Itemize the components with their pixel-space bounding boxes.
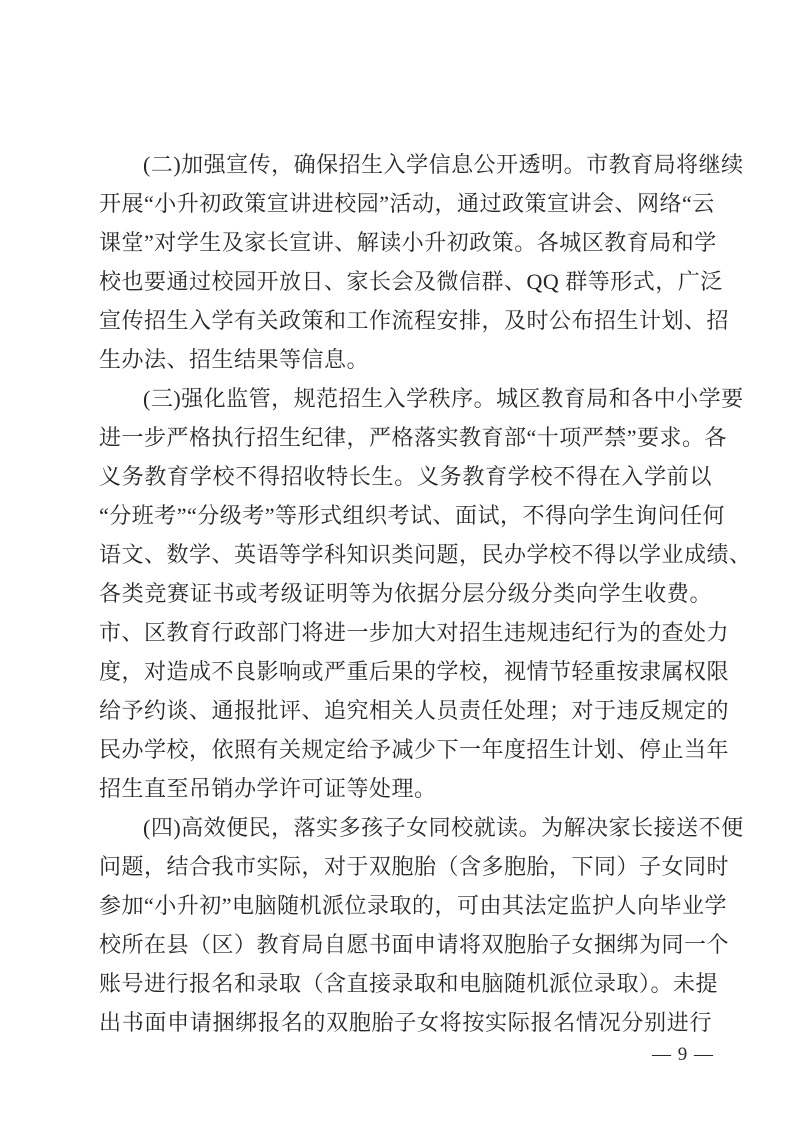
document-body: (二)加强宣传，确保招生入学信息公开透明。市教育局将继续 开展“小升初政策宣讲进… xyxy=(99,145,712,1042)
paragraph-3: (三)强化监管，规范招生入学秩序。城区教育局和各中小学要 进一步严格执行招生纪律… xyxy=(99,379,712,808)
text-line: 出书面申请捆绑报名的双胞胎子女将按实际报名情况分别进行 xyxy=(99,1003,712,1042)
text-line: 校也要通过校园开放日、家长会及微信群、QQ 群等形式，广泛 xyxy=(99,262,712,301)
document-page: (二)加强宣传，确保招生入学信息公开透明。市教育局将继续 开展“小升初政策宣讲进… xyxy=(0,0,800,1131)
text-line: “分班考”“分级考”等形式组织考试、面试，不得向学生询问任何 xyxy=(99,496,712,535)
text-line: 义务教育学校不得招收特长生。义务教育学校不得在入学前以 xyxy=(99,457,712,496)
text-line: 问题，结合我市实际，对于双胞胎（含多胞胎，下同）子女同时 xyxy=(99,847,712,886)
text-line: 各类竞赛证书或考级证明等为依据分层分级分类向学生收费。 xyxy=(99,574,712,613)
text-line: (三)强化监管，规范招生入学秩序。城区教育局和各中小学要 xyxy=(99,379,712,418)
text-line: 市、区教育行政部门将进一步加大对招生违规违纪行为的查处力 xyxy=(99,613,712,652)
text-line: 账号进行报名和录取（含直接录取和电脑随机派位录取）。未提 xyxy=(99,964,712,1003)
text-line: 给予约谈、通报批评、追究相关人员责任处理；对于违反规定的 xyxy=(99,691,712,730)
text-line: 生办法、招生结果等信息。 xyxy=(99,340,712,379)
text-line: 开展“小升初政策宣讲进校园”活动，通过政策宣讲会、网络“云 xyxy=(99,184,712,223)
text-line: (二)加强宣传，确保招生入学信息公开透明。市教育局将继续 xyxy=(99,145,712,184)
text-line: (四)高效便民，落实多孩子女同校就读。为解决家长接送不便 xyxy=(99,808,712,847)
text-line: 招生直至吊销办学许可证等处理。 xyxy=(99,769,712,808)
text-line: 校所在县（区）教育局自愿书面申请将双胞胎子女捆绑为同一个 xyxy=(99,925,712,964)
text-line: 进一步严格执行招生纪律，严格落实教育部“十项严禁”要求。各 xyxy=(99,418,712,457)
text-line: 课堂”对学生及家长宣讲、解读小升初政策。各城区教育局和学 xyxy=(99,223,712,262)
text-line: 民办学校，依照有关规定给予减少下一年度招生计划、停止当年 xyxy=(99,730,712,769)
text-line: 语文、数学、英语等学科知识类问题，民办学校不得以学业成绩、 xyxy=(99,535,712,574)
text-line: 度，对造成不良影响或严重后果的学校，视情节轻重按隶属权限 xyxy=(99,652,712,691)
paragraph-2: (二)加强宣传，确保招生入学信息公开透明。市教育局将继续 开展“小升初政策宣讲进… xyxy=(99,145,712,379)
text-line: 宣传招生入学有关政策和工作流程安排，及时公布招生计划、招 xyxy=(99,301,712,340)
text-line: 参加“小升初”电脑随机派位录取的，可由其法定监护人向毕业学 xyxy=(99,886,712,925)
page-number: — 9 — xyxy=(652,1043,714,1067)
paragraph-4: (四)高效便民，落实多孩子女同校就读。为解决家长接送不便 问题，结合我市实际，对… xyxy=(99,808,712,1042)
